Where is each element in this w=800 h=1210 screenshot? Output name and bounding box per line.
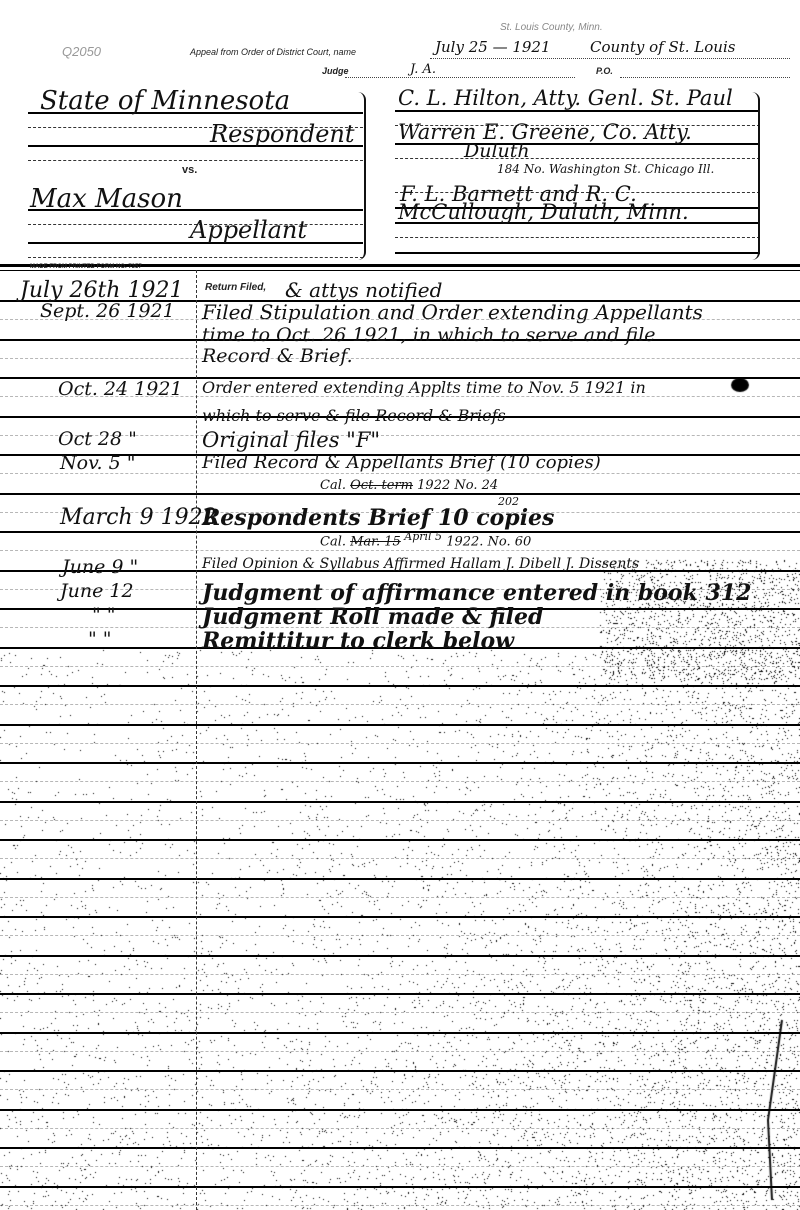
attorney-line-6: McCullough, Duluth, Minn. [398, 200, 689, 224]
top-faint-line: St. Louis County, Minn. [500, 22, 603, 33]
entry-text: Filed Stipulation and Order extending Ap… [202, 300, 703, 324]
county-handwritten: County of St. Louis [590, 38, 735, 56]
plaintiff-role: Respondent [210, 120, 355, 148]
entry-date: June 12 [60, 580, 134, 602]
return-filed-label: Return Filed, [205, 282, 266, 293]
calendar-note: Cal. Mar. 15 April 5 1922. No. 60 [320, 530, 531, 549]
calendar-note: Cal. Oct. term 1922 No. 24 [320, 478, 498, 493]
entry-date: June 9 " [62, 556, 138, 578]
entry-text: Filed Record & Appellants Brief (10 copi… [202, 452, 601, 473]
attorney-line-2: Warren E. Greene, Co. Atty. [398, 120, 692, 144]
entry-text: & attys notified [285, 278, 442, 302]
entry-date: March 9 1922 [60, 505, 217, 530]
entry-date: Oct. 24 1921 [58, 378, 183, 400]
judge-handwritten: J. A. [410, 62, 436, 77]
case-number: Q2050 [62, 44, 101, 59]
entry-text: Remittitur to clerk below [202, 628, 514, 654]
entry-text: Judgment of affirmance entered in book 3… [202, 580, 751, 606]
defendant-role: Appellant [190, 216, 307, 244]
appeal-date: July 25 — 1921 [435, 38, 551, 56]
entry-text: Respondents Brief 10 copies [202, 505, 554, 531]
entry-text: which to serve & file Record & Briefs [202, 406, 506, 425]
date-column-divider [196, 270, 197, 1210]
defendant-name: Max Mason [30, 184, 183, 214]
attorney-line-4: 184 No. Washington St. Chicago Ill. [497, 162, 714, 176]
entry-text: Order entered extending Applts time to N… [202, 378, 646, 397]
entry-date: Oct 28 " [58, 428, 137, 450]
attorney-line-3: Duluth [464, 140, 530, 162]
entry-text: Record & Brief. [202, 345, 353, 367]
entry-date: " " [92, 604, 116, 626]
entry-date: Sept. 26 1921 [40, 300, 175, 322]
versus-label: vs. [182, 164, 197, 176]
judge-label: Judge [322, 66, 349, 76]
po-label: P.O. [596, 66, 613, 76]
entry-text: Original files "F" [202, 428, 380, 452]
attorney-line-1: C. L. Hilton, Atty. Genl. St. Paul [398, 86, 733, 110]
plaintiff-name: State of Minnesota [40, 86, 290, 116]
form-stamp: MADE FROM PRINTED FORM NO. 7357 [30, 264, 142, 270]
entry-date: " " [88, 628, 112, 650]
printed-appeal-label: Appeal from Order of District Court, nam… [190, 47, 356, 57]
entry-text: Filed Opinion & Syllabus Affirmed Hallam… [202, 556, 639, 572]
entry-text: Judgment Roll made & filed [202, 604, 543, 630]
entry-text: time to Oct. 26 1921, in which to serve … [202, 324, 656, 346]
entry-date: Nov. 5 " [60, 452, 136, 474]
